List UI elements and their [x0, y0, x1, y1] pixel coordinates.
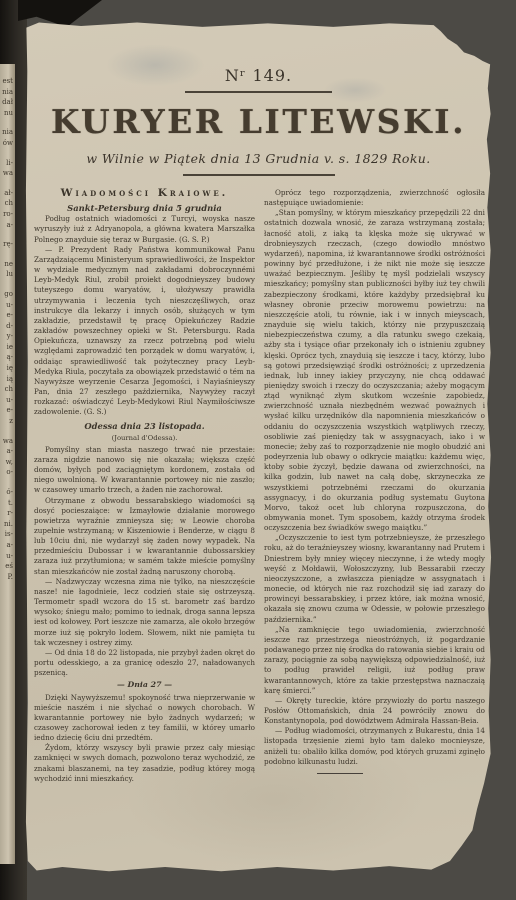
- page-edge-text-fragment: nu: [0, 108, 13, 119]
- paragraph: „Na zamknięcie tego uwiadomienia, zwierz…: [264, 625, 485, 696]
- page-edge-text-fragment: u-: [0, 395, 13, 406]
- scan-background: estniadałnuniaówli-waał-chro-a-rę-nelugo…: [0, 0, 516, 900]
- page-edge-text-fragment: li-: [0, 158, 13, 169]
- page-edge-text-fragment: r-: [0, 508, 13, 519]
- masthead: Nʳ 149. KURYER LITEWSKI. w Wilnie w Piąt…: [25, 20, 492, 176]
- page-edge-text-fragment: ią: [0, 374, 13, 385]
- page-edge-text-fragment: u-: [0, 300, 13, 311]
- page-edge-text-fragment: u-: [0, 551, 13, 562]
- page-edge-text-fragment: z: [0, 416, 13, 427]
- paragraph: Żydom, którzy wszyscy byli prawie przez …: [34, 743, 255, 784]
- column-end-rule: [317, 773, 363, 775]
- paragraph: Otrzymane z obwodu bessarabskiego wiadom…: [34, 496, 255, 577]
- page-edge-text-fragment: t.: [0, 498, 13, 509]
- subheading: Sankt-Petersburg dnia 5 grudnia: [34, 203, 255, 213]
- paragraph: Pomyślny stan miasta naszego trwać nie p…: [34, 445, 255, 496]
- page-edge-text-fragment: ie: [0, 342, 13, 353]
- paragraph: Oprócz tego rozporządzenia, zwierzchność…: [264, 188, 485, 208]
- page-edge-text-fragment: go: [0, 289, 13, 300]
- page-edge-text-fragment: ch: [0, 384, 13, 395]
- page-edge-text-fragment: [0, 280, 13, 289]
- issue-number: Nʳ 149.: [25, 66, 492, 85]
- page-edge-text-fragment: [0, 478, 13, 487]
- paragraph: — Nadzwyczay wczesna zima nie tylko, na …: [34, 577, 255, 648]
- page-edge-text-fragment: ni.: [0, 519, 13, 530]
- paragraph: „Stan pomyślny, w którym mieszkańcy prze…: [264, 208, 485, 533]
- page-edge-text-fragment: a-: [0, 220, 13, 231]
- previous-page-edge: estniadałnuniaówli-waał-chro-a-rę-nelugo…: [0, 64, 15, 864]
- center-note: — Dnia 27 —: [34, 680, 255, 690]
- paragraph: — Podług wiadomości, otrzymanych z Bukar…: [264, 726, 485, 767]
- page-edge-text-fragment: P.: [0, 572, 13, 583]
- section-heading: Wiadomości Kraiowe.: [34, 188, 255, 198]
- page-edge-text-fragment: wa: [0, 436, 13, 447]
- page-edge-text-fragment: ów: [0, 138, 13, 149]
- page-edge-text-fragment: ię: [0, 363, 13, 374]
- masthead-dateline: w Wilnie w Piątek dnia 13 Grudnia v. s. …: [25, 151, 492, 166]
- paragraph: Dzięki Naywyższemu! spokoyność trwa niep…: [34, 693, 255, 744]
- left-column: Wiadomości Kraiowe.Sankt-Petersburg dnia…: [34, 188, 255, 784]
- page-edge-text-fragment: wa: [0, 168, 13, 179]
- page-edge-text-fragment: [0, 149, 13, 158]
- paragraph: „Oczyszczenie to iest tym potrzebnieysze…: [264, 533, 485, 624]
- page-edge-text-fragment: est: [0, 76, 13, 87]
- binding-corner-icon: [18, 0, 102, 27]
- page-edge-text-fragment: is-: [0, 529, 13, 540]
- page-edge-text-fragment: ch: [0, 198, 13, 209]
- paragraph: — Okręty tureckie, które przywiozły do p…: [264, 696, 485, 726]
- page-edge-text-fragment: ne: [0, 259, 13, 270]
- page-edge-text-fragment: e-: [0, 405, 13, 416]
- subheading-small: (Journal d'Odessa).: [34, 433, 255, 443]
- paragraph: — P. Prezydent Rady Państwa kommunikował…: [34, 245, 255, 418]
- article-columns: Wiadomości Kraiowe.Sankt-Petersburg dnia…: [25, 176, 492, 784]
- page-edge-text-fragment: a-: [0, 446, 13, 457]
- page-edge-text-fragment: eś: [0, 561, 13, 572]
- subheading: Odessa dnia 23 listopada.: [34, 421, 255, 431]
- newspaper-title: KURYER LITEWSKI.: [25, 102, 492, 141]
- page-edge-text-fragment: y-: [0, 331, 13, 342]
- page-edge-text-fragment: ro-: [0, 209, 13, 220]
- page-edge-text-fragment: [0, 427, 13, 436]
- page-edge-text-fragment: d-: [0, 321, 13, 332]
- page-edge-text-fragment: [0, 230, 13, 239]
- right-column: Oprócz tego rozporządzenia, zwierzchność…: [264, 188, 485, 784]
- page-edge-text-fragment: dał: [0, 97, 13, 108]
- page-edge-text-fragment: w,: [0, 457, 13, 468]
- page-edge-text-fragment: lu: [0, 269, 13, 280]
- page-edge-text-fragment: e-: [0, 310, 13, 321]
- page-edge-text-fragment: ał-: [0, 188, 13, 199]
- masthead-rule-top: [185, 91, 332, 93]
- page-edge-text-fragment: ó-: [0, 487, 13, 498]
- newspaper-page: Nʳ 149. KURYER LITEWSKI. w Wilnie w Piąt…: [25, 20, 492, 873]
- page-edge-text-fragment: [0, 250, 13, 259]
- page-edge-text-fragment: nia: [0, 127, 13, 138]
- page-edge-text-fragment: [0, 118, 13, 127]
- paragraph: Podług ostatnich wiadomości z Turcyi, wo…: [34, 214, 255, 244]
- page-edge-text-fragment: [0, 179, 13, 188]
- page-edge-text-fragment: nia: [0, 87, 13, 98]
- paragraph: — Od dnia 18 do 22 listopada, nie przyby…: [34, 648, 255, 678]
- page-edge-text-fragment: rę-: [0, 239, 13, 250]
- page-edge-text-fragment: a-: [0, 540, 13, 551]
- page-edge-text-fragment: o-: [0, 467, 13, 478]
- page-edge-text-fragment: ą-: [0, 352, 13, 363]
